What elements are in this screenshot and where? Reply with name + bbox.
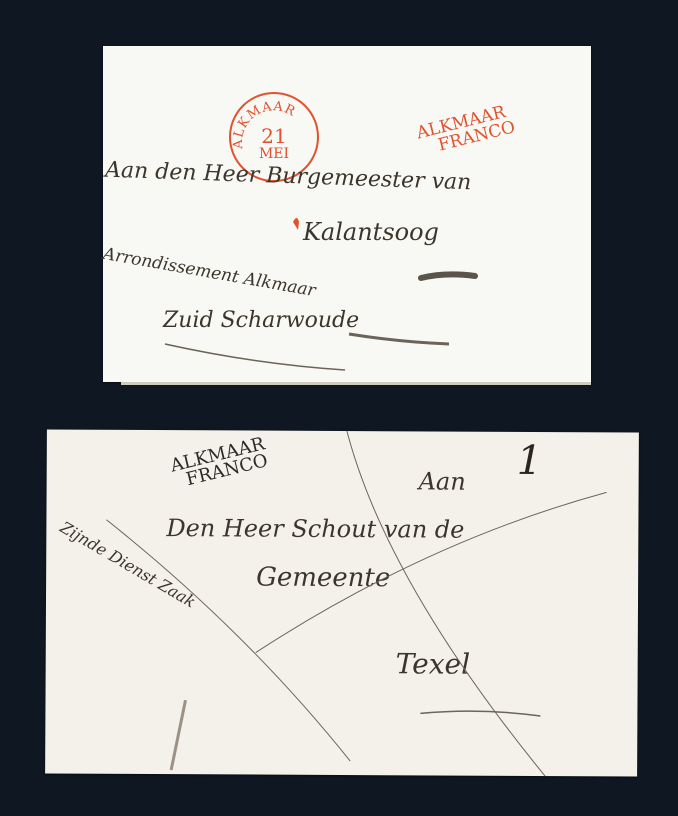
postage-mark: 1 (517, 438, 543, 484)
letter-fold-edge (121, 382, 591, 385)
franco-stamp-red: ALKMAAR FRANCO (415, 103, 517, 159)
address-line-2: Kalantsoog (303, 218, 439, 246)
postmark-day: 21 (231, 124, 317, 148)
letter-top: ALKMAAR 21 MEI ALKMAAR FRANCO Aan den He… (103, 46, 591, 382)
address-line-4: Zuid Scharwoude (163, 308, 359, 333)
address-line-3: Arrondissement Alkmaar (102, 244, 318, 301)
address-line-texel: Texel (396, 647, 471, 680)
address-line-gemeente: Gemeente (256, 563, 390, 594)
letter-bottom: ALKMAAR FRANCO Aan Den Heer Schout van d… (45, 429, 639, 776)
address-line-1: Aan den Heer Burgemeester van (105, 158, 472, 196)
address-line-schout: Den Heer Schout van de (166, 514, 464, 544)
ink-strokes-bottom (45, 429, 639, 776)
franco-stamp-black: ALKMAAR FRANCO (169, 435, 271, 491)
address-aan: Aan (419, 467, 466, 495)
postmark-month: MEI (231, 146, 317, 162)
